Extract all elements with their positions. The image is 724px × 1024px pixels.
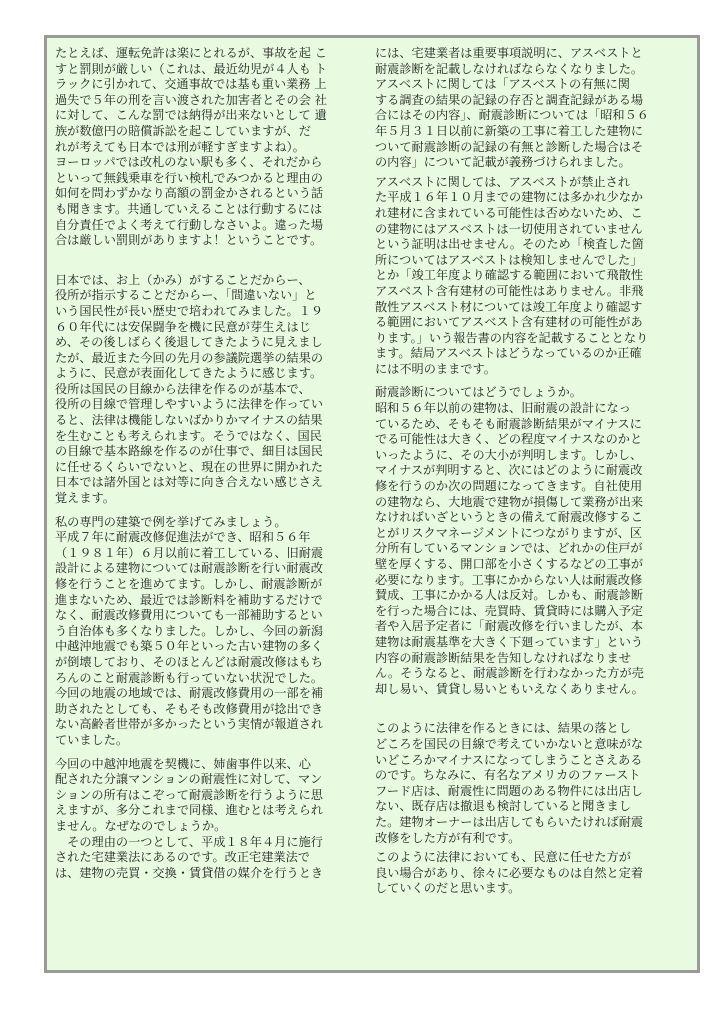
text-line: 役所が指示することだからー、「間違いない」と: [55, 288, 360, 304]
text-line: ると、法律は機能しないばかりかマイナスの結果: [55, 413, 360, 429]
text-line: すと罰則が厳しい（これは、最近幼児が４人も ト: [55, 62, 360, 78]
paragraph-seismic-retrofit-law: 私の専門の建築で例を挙げてみましょう。平成７年に耐震改修促進法ができ、昭和５６年…: [55, 515, 360, 749]
text-line: め、その後しばらく後退してきたように見えまし: [55, 335, 360, 351]
text-line: 進まないため、最近では診断料を補助するだけで: [55, 593, 360, 609]
text-line: には、宅建業者は重要事項説明に、アスベストと: [375, 46, 687, 62]
text-line: 必要になります。工事にかからない人は耐震改修: [375, 573, 687, 589]
text-line: 今回の地震の地域では、耐震改修費用の一部を補: [55, 686, 360, 702]
text-line: 所についてはアスベストは検知しませんでした」: [375, 253, 687, 269]
text-line: ラックに引かれて、交通事故では基も重い業務 上: [55, 77, 360, 93]
text-line: に対して、こんな罰では納得が出来ないとして 遺: [55, 108, 360, 124]
text-line: も聞きます。共通していえることは行動するには: [55, 202, 360, 218]
text-line: 覚えます。: [55, 491, 360, 507]
text-line: 建物は耐震基準を大きく下廻っています」という: [375, 635, 687, 651]
text-line: に任せるくらいでないと、現在の世界に開かれた: [55, 460, 360, 476]
text-line: アスベスト含有建材の可能性はありません。非飛: [375, 284, 687, 300]
text-line: たが、最近また今回の先月の参議院選挙の結果の: [55, 351, 360, 367]
text-line: 助されたとしても、そもそも改修費用が捻出でき: [55, 702, 360, 718]
paragraph-traffic-penalties: たとえば、運転免許は楽にとれるが、事故を起 こすと罰則が厳しい（これは、最近幼児…: [55, 46, 360, 155]
text-line: 私の専門の建築で例を挙げてみましょう。: [55, 515, 360, 531]
text-line: このように法律においても、民意に任せた方が: [375, 850, 687, 866]
text-line: いう国民性が長い歴史で培われてみました。１９: [55, 304, 360, 320]
text-line: 族が数億円の賠償訴訟を起こしていますが、だ: [55, 124, 360, 140]
text-line: 自分責任でよく考えて行動しなさいよ。違った場: [55, 218, 360, 234]
paragraph-seismic-diagnosis: 耐震診断についてはどうでしょうか。昭和５６年以前の建物は、旧耐震の設計になってい…: [375, 385, 687, 697]
text-line: ん。そうなると、耐震診断を行わなかった方が売: [375, 666, 687, 682]
text-line: る範囲においてアスベスト含有建材の可能性があ: [375, 315, 687, 331]
paragraph-asbestos: アスベストに関しては、アスベストが禁止された平成１６年１０月までの建物には多かれ…: [375, 175, 687, 378]
paragraph-japan-national-character: 日本では、お上（かみ）がすることだからー、役所が指示することだからー、「間違いな…: [55, 273, 360, 507]
text-line: ます。結局アスベストはどうなっているのか正確: [375, 346, 687, 362]
text-line: フード店は、耐震性に問題のある物件には出店し: [375, 784, 687, 800]
text-line: なく、耐震改修費用についても一部補助するとい: [55, 608, 360, 624]
text-line: ように、民意が表面化してきたように感じます。: [55, 366, 360, 382]
text-line: 散性アスベスト材については竣工年度より確認す: [375, 300, 687, 316]
text-line: 合は厳しい罰則がありますよ！ということです。: [55, 233, 360, 249]
article-frame: たとえば、運転免許は楽にとれるが、事故を起 こすと罰則が厳しい（これは、最近幼児…: [44, 35, 700, 973]
text-line: た。建物オーナーは出店してもらいたければ耐震: [375, 815, 687, 831]
text-line: ションの所有はこぞって耐震診断を行うように思: [55, 788, 360, 804]
text-line: 改修をした方が有利です。: [375, 831, 687, 847]
text-line: していくのだと思います。: [375, 881, 687, 897]
text-line: ついて耐震診断の記録の有無と診断した場合はそ: [375, 140, 687, 156]
text-line: 修を行うのか次の問題になってきます。自社使用: [375, 479, 687, 495]
text-line: たとえば、運転免許は楽にとれるが、事故を起 こ: [55, 46, 360, 62]
text-line: ません。なぜなのでしょうか。: [55, 819, 360, 835]
text-line: えますが、多分これまで同様、進むとは考えられ: [55, 803, 360, 819]
text-line: の建物なら、大地震で建物が損傷して業務が出来: [375, 495, 687, 511]
paragraph-law-making: このように法律を作るときには、結果の落としどころを国民の目線で考えていかないと意…: [375, 721, 687, 846]
text-line: が倒壊しており、そのほとんどは耐震改修はもち: [55, 655, 360, 671]
text-line: 者や入居予定者に「耐震改修を行いましたが、本: [375, 619, 687, 635]
text-line: 設計による建物については耐震診断を行い耐震改: [55, 561, 360, 577]
text-line: 役所の目線で管理しやすいように法律を作ってい: [55, 397, 360, 413]
text-line: アスベストに関しては「アスベストの有無に関: [375, 77, 687, 93]
text-line: う自治体も多くなりました。しかし、今回の新潟: [55, 624, 360, 640]
text-line: れ建材に含まれている可能性は否めないため、こ: [375, 206, 687, 222]
text-line: いったように、その大小が判明します。しかし、: [375, 448, 687, 464]
text-line: ているため、そもそも耐震診断結果がマイナスに: [375, 417, 687, 433]
text-line: 分所有しているマンションでは、どれかの住戸が: [375, 541, 687, 557]
text-line: マイナスが判明すると、次にはどのように耐震改: [375, 463, 687, 479]
text-line: ない、既存店は撤退も検討していると聞きまし: [375, 799, 687, 815]
text-line: といって無銭乗車を行い検札でみつかると理由の: [55, 171, 360, 187]
text-line: ヨーロッパでは改札のない駅も多く、それだから: [55, 155, 360, 171]
text-line: いどころかマイナスになってしまうことさえある: [375, 753, 687, 769]
left-column: たとえば、運転免許は楽にとれるが、事故を起 こすと罰則が厳しい（これは、最近幼児…: [55, 46, 360, 881]
text-line: には不明のままです。: [375, 362, 687, 378]
text-line: 合にはその内容」、耐震診断については「昭和５６: [375, 108, 687, 124]
text-line: その理由の一つとして、平成１８年４月に施行: [55, 835, 360, 851]
paragraph-europe-tickets: ヨーロッパでは改札のない駅も多く、それだからといって無銭乗車を行い検札でみつかる…: [55, 155, 360, 249]
text-line: ６０年代には安保闘争を機に民意が芽生えはじ: [55, 320, 360, 336]
text-line: 内容の耐震診断結果を告知しなければなりませ: [375, 651, 687, 667]
text-line: 賛成、工事にかかる人は反対。しかも、耐震診断: [375, 588, 687, 604]
text-line: は、建物の売買・交換・賃貸借の媒介を行うとき: [55, 866, 360, 882]
text-line: このように法律を作るときには、結果の落とし: [375, 721, 687, 737]
text-line: 耐震診断を記載しなければならなくなりました。: [375, 62, 687, 78]
text-line: ない高齢者世帯が多かったという実情が報道され: [55, 717, 360, 733]
text-line: 良い場合があり、徐々に必要なものは自然と定着: [375, 866, 687, 882]
right-column: には、宅建業者は重要事項説明に、アスベストと耐震診断を記載しなければならなくなり…: [375, 46, 687, 897]
text-line: の内容」について記載が義務づけられました。: [375, 155, 687, 171]
text-line: 壁を厚くする、開口部を小さくするなどの工事が: [375, 557, 687, 573]
text-line: のです。ちなみに、有名なアメリカのファースト: [375, 768, 687, 784]
text-line: 今回の中越沖地震を契機に、姉歯事件以来、心: [55, 757, 360, 773]
text-line: の建物にはアスベストは一切使用されていません: [375, 222, 687, 238]
text-line: 平成７年に耐震改修促進法ができ、昭和５６年: [55, 530, 360, 546]
text-line: れが考えても日本では刑が軽すぎますよね）。: [55, 140, 360, 156]
text-line: アスベストに関しては、アスベストが禁止され: [375, 175, 687, 191]
text-line: 年５月３１日以前に新築の工事に着工した建物に: [375, 124, 687, 140]
text-line: た平成１６年１０月までの建物には多かれ少なか: [375, 190, 687, 206]
text-line: 修を行うことを進めてます。しかし、耐震診断が: [55, 577, 360, 593]
text-line: 如何を問わずかなり高額の罰金かされるという話: [55, 186, 360, 202]
text-line: 配された分譲マンションの耐震性に対して、マン: [55, 772, 360, 788]
text-line: する調査の結果の記録の存否と調査記録がある場: [375, 93, 687, 109]
text-line: という証明は出せません。そのため「検査した箇: [375, 237, 687, 253]
text-line: どころを国民の目線で考えていかないと意味がな: [375, 737, 687, 753]
text-line: の目線で基本路線を作るのが仕事で、細目は国民: [55, 444, 360, 460]
text-line: 日本では、お上（かみ）がすることだからー、: [55, 273, 360, 289]
text-line: とがリスクマネージメントにつながりますが、区: [375, 526, 687, 542]
text-line: ていました。: [55, 733, 360, 749]
text-line: 却し易い、賃貸し易いともいえなくありません。: [375, 682, 687, 698]
text-line: を生むことも考えられます。そうではなく、国民: [55, 429, 360, 445]
text-line: 日本では諸外国とは対等に向き合えない感じさえ: [55, 475, 360, 491]
text-line: 役所は国民の目線から法律を作るのが基本で、: [55, 382, 360, 398]
paragraph-conclusion: このように法律においても、民意に任せた方が良い場合があり、徐々に必要なものは自然…: [375, 850, 687, 897]
text-line: なければいざというときの備えて耐震改修するこ: [375, 510, 687, 526]
paragraph-chuetsu-earthquake: 今回の中越沖地震を契機に、姉歯事件以来、心配された分譲マンションの耐震性に対して…: [55, 757, 360, 882]
text-line: 耐震診断についてはどうでしょうか。: [375, 385, 687, 401]
text-line: された宅建業法にあるのです。改正宅建業法で: [55, 850, 360, 866]
text-line: ろんのこと耐震診断も行っていない状況でした。: [55, 671, 360, 687]
text-line: とか「竣工年度より確認する範囲において飛散性: [375, 268, 687, 284]
text-line: 過失で５年の刑を言い渡された加害者とその会 社: [55, 93, 360, 109]
text-line: ります。」いう報告書の内容を記載することとなり: [375, 331, 687, 347]
text-line: 昭和５６年以前の建物は、旧耐震の設計になっ: [375, 401, 687, 417]
text-line: 中越沖地震でも築５０年といった古い建物の多く: [55, 639, 360, 655]
text-line: （１９８１年）６月以前に着工している、旧耐震: [55, 546, 360, 562]
text-line: を行った場合には、売買時、賃貸時には購入予定: [375, 604, 687, 620]
text-line: でる可能性は大きく、どの程度マイナスなのかと: [375, 432, 687, 448]
paragraph-disclosure-requirements: には、宅建業者は重要事項説明に、アスベストと耐震診断を記載しなければならなくなり…: [375, 46, 687, 171]
